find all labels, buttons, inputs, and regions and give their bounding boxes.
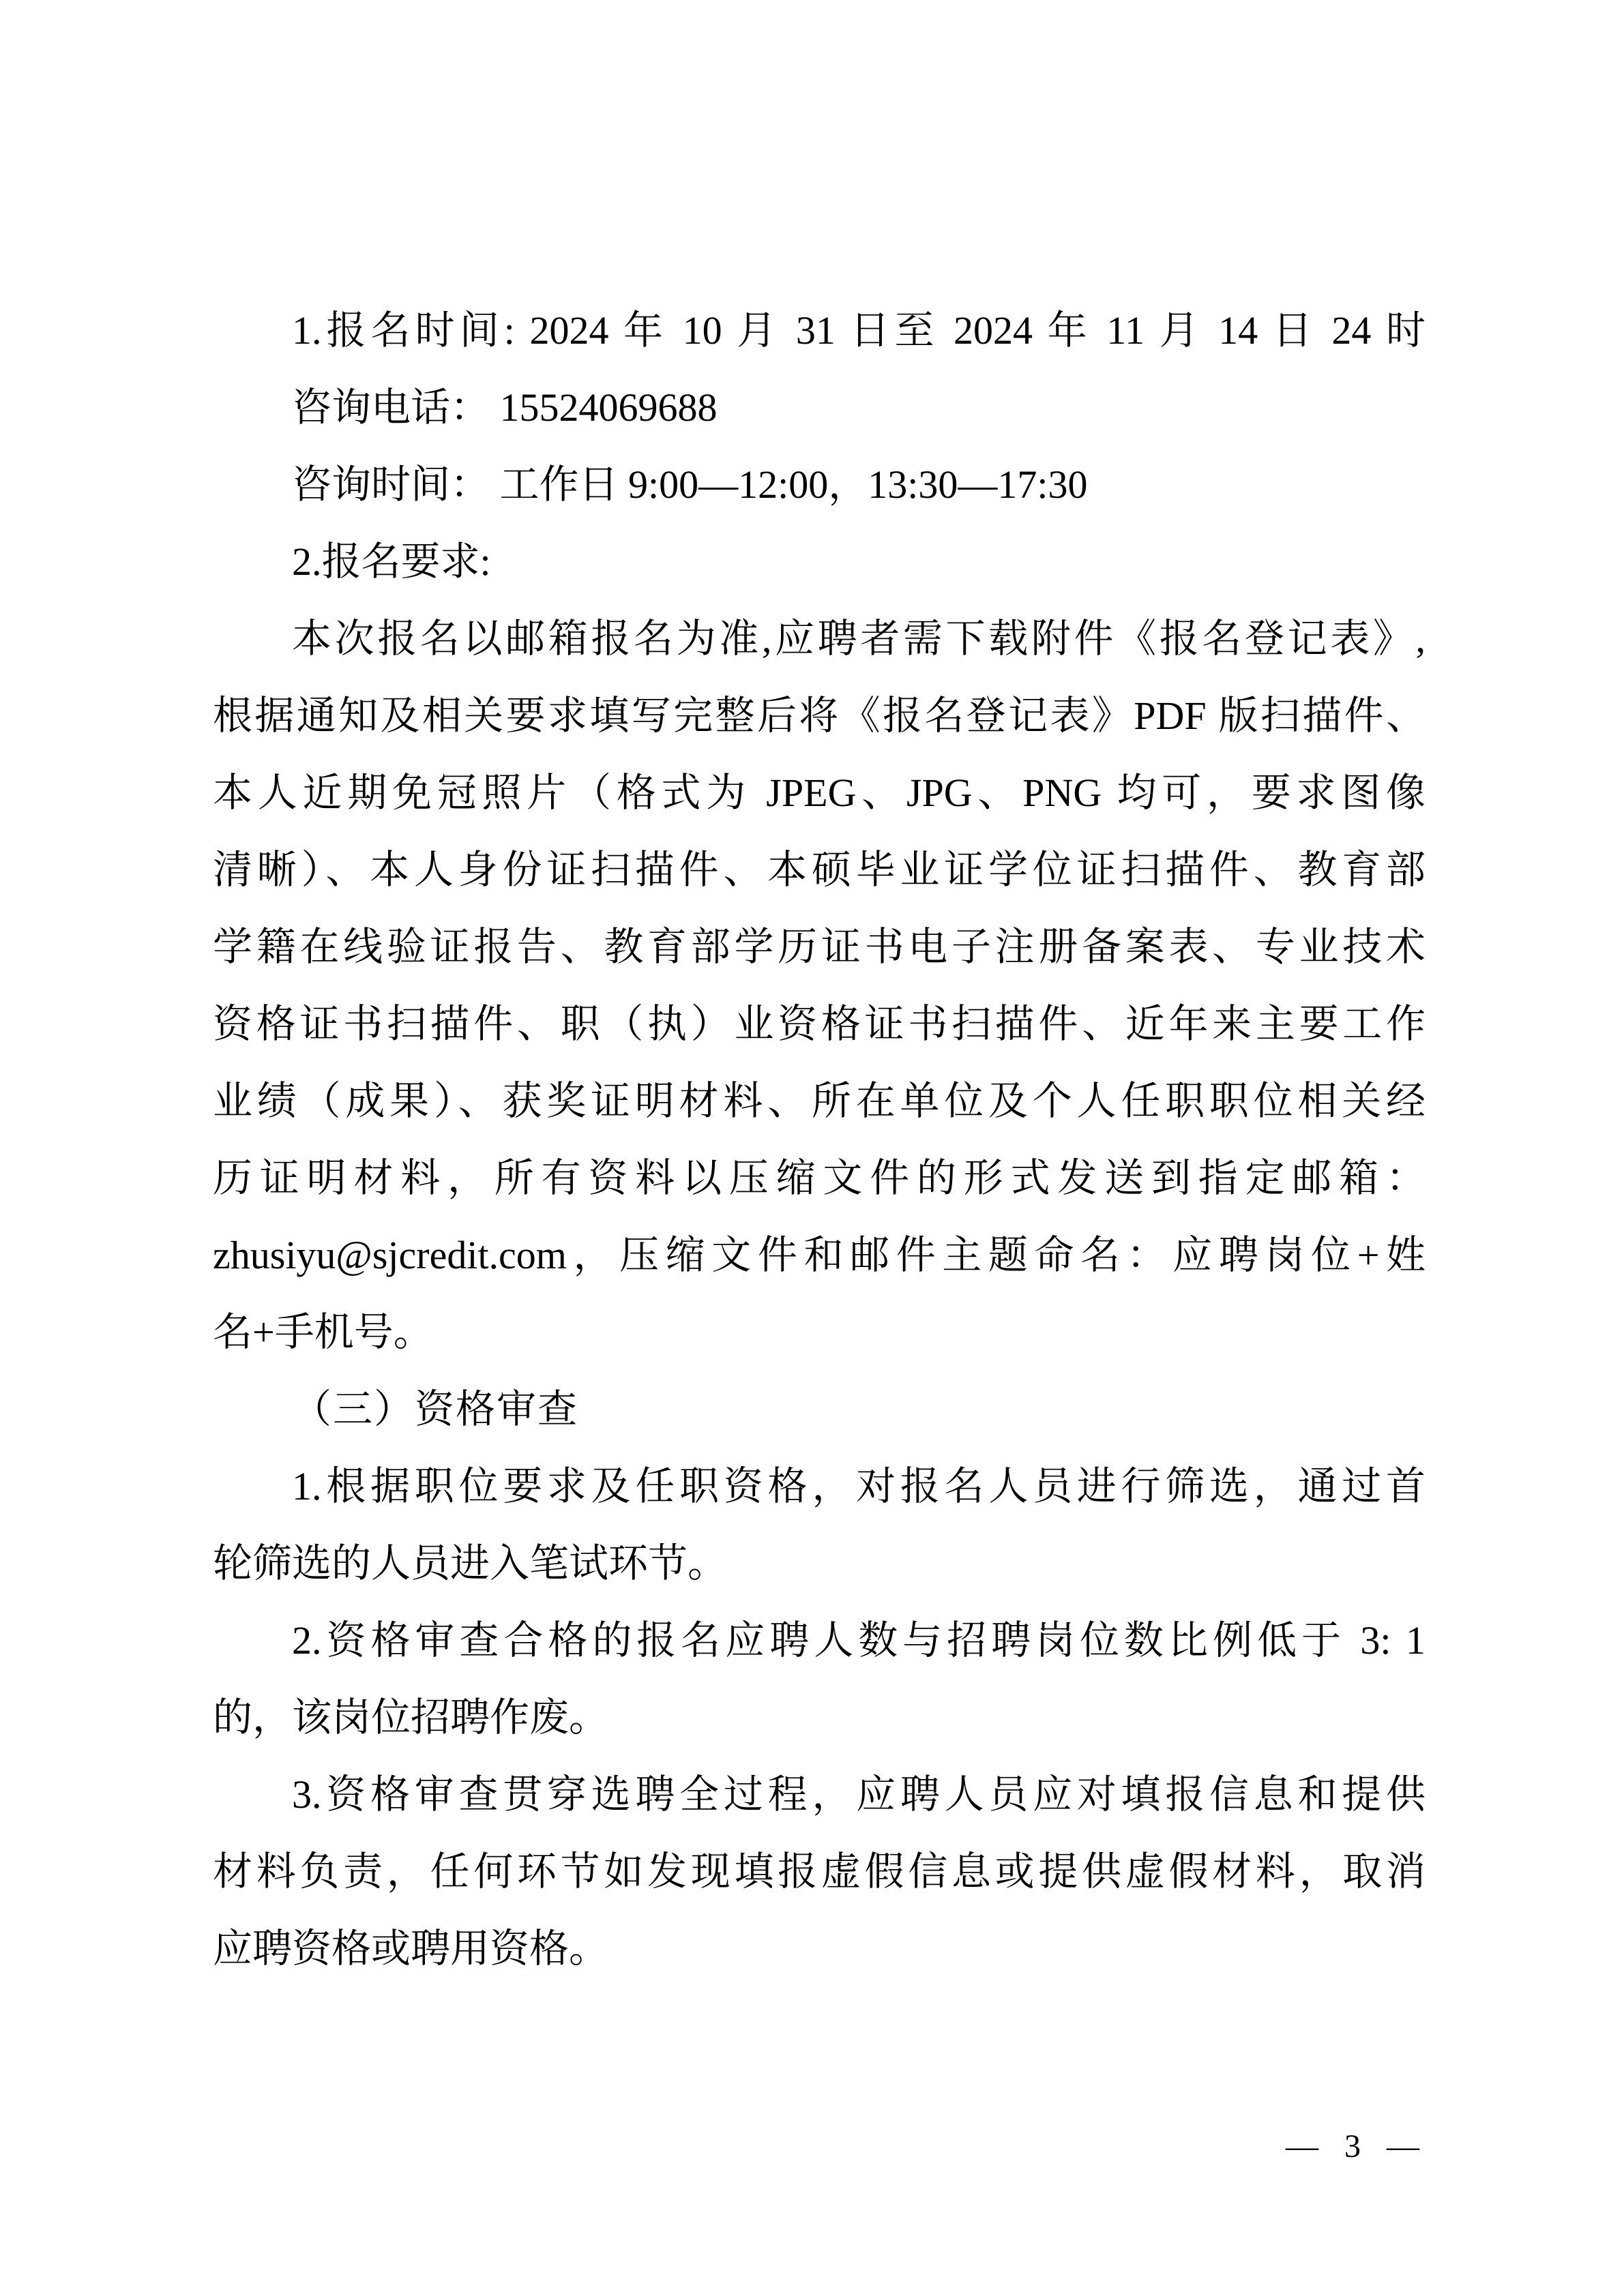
text-line: 资格证书扫描件、职（执）业资格证书扫描件、近年来主要工作 bbox=[213, 985, 1426, 1062]
text-line: zhusiyu@sjcredit.com，压缩文件和邮件主题命名：应聘岗位+姓 bbox=[213, 1217, 1426, 1294]
text-line: 业绩（成果）、获奖证明材料、所在单位及个人任职职位相关经 bbox=[213, 1062, 1426, 1139]
paragraph-registration-time: 1.报名时间: 2024 年 10 月 31 日至 2024 年 11 月 14… bbox=[213, 292, 1426, 369]
paragraph-qualification-review-item-2: 2.资格审查合格的报名应聘人数与招聘岗位数比例低于 3: 1的，该岗位招聘作废。 bbox=[213, 1602, 1426, 1756]
paragraph-qualification-review-heading: （三）资格审查 bbox=[213, 1371, 1426, 1448]
text-line: 清晰）、本人身份证扫描件、本硕毕业证学位证扫描件、教育部 bbox=[213, 831, 1426, 908]
text-line: 的，该岗位招聘作废。 bbox=[213, 1679, 1426, 1756]
text-line: 学籍在线验证报告、教育部学历证书电子注册备案表、专业技术 bbox=[213, 908, 1426, 985]
paragraph-qualification-review-item-1: 1.根据职位要求及任职资格，对报名人员进行筛选，通过首轮筛选的人员进入笔试环节。 bbox=[213, 1448, 1426, 1602]
document-body: 1.报名时间: 2024 年 10 月 31 日至 2024 年 11 月 14… bbox=[213, 292, 1426, 1987]
text-line: 根据通知及相关要求填写完整后将《报名登记表》PDF 版扫描件、 bbox=[213, 677, 1426, 754]
text-line: 材料负责，任何环节如发现填报虚假信息或提供虚假材料，取消 bbox=[213, 1833, 1426, 1910]
paragraph-registration-requirements-heading: 2.报名要求: bbox=[213, 523, 1426, 600]
paragraph-consult-phone: 咨询电话： 15524069688 bbox=[213, 369, 1426, 446]
text-line: 历证明材料，所有资料以压缩文件的形式发送到指定邮箱： bbox=[213, 1139, 1426, 1217]
text-line: 本次报名以邮箱报名为准,应聘者需下载附件《报名登记表》, bbox=[213, 600, 1426, 677]
text-line: 咨询时间： 工作日 9:00—12:00，13:30—17:30 bbox=[213, 446, 1426, 523]
text-line: 1.根据职位要求及任职资格，对报名人员进行筛选，通过首 bbox=[213, 1448, 1426, 1525]
document-page: 1.报名时间: 2024 年 10 月 31 日至 2024 年 11 月 14… bbox=[0, 0, 1624, 2296]
text-line: 3.资格审查贯穿选聘全过程，应聘人员应对填报信息和提供 bbox=[213, 1756, 1426, 1833]
text-line: 应聘资格或聘用资格。 bbox=[213, 1910, 1426, 1987]
text-line: 2.报名要求: bbox=[213, 523, 1426, 600]
text-line: 名+手机号。 bbox=[213, 1294, 1426, 1371]
text-line: （三）资格审查 bbox=[213, 1371, 1426, 1448]
text-line: 2.资格审查合格的报名应聘人数与招聘岗位数比例低于 3: 1 bbox=[213, 1602, 1426, 1679]
page-number: — 3 — bbox=[1286, 2126, 1419, 2167]
paragraph-registration-requirements-body: 本次报名以邮箱报名为准,应聘者需下载附件《报名登记表》,根据通知及相关要求填写完… bbox=[213, 600, 1426, 1371]
text-line: 本人近期免冠照片（格式为 JPEG、JPG、PNG 均可，要求图像 bbox=[213, 754, 1426, 831]
paragraph-consult-time: 咨询时间： 工作日 9:00—12:00，13:30—17:30 bbox=[213, 446, 1426, 523]
text-line: 1.报名时间: 2024 年 10 月 31 日至 2024 年 11 月 14… bbox=[213, 292, 1426, 369]
paragraph-qualification-review-item-3: 3.资格审查贯穿选聘全过程，应聘人员应对填报信息和提供材料负责，任何环节如发现填… bbox=[213, 1756, 1426, 1987]
text-line: 咨询电话： 15524069688 bbox=[213, 369, 1426, 446]
text-line: 轮筛选的人员进入笔试环节。 bbox=[213, 1525, 1426, 1602]
